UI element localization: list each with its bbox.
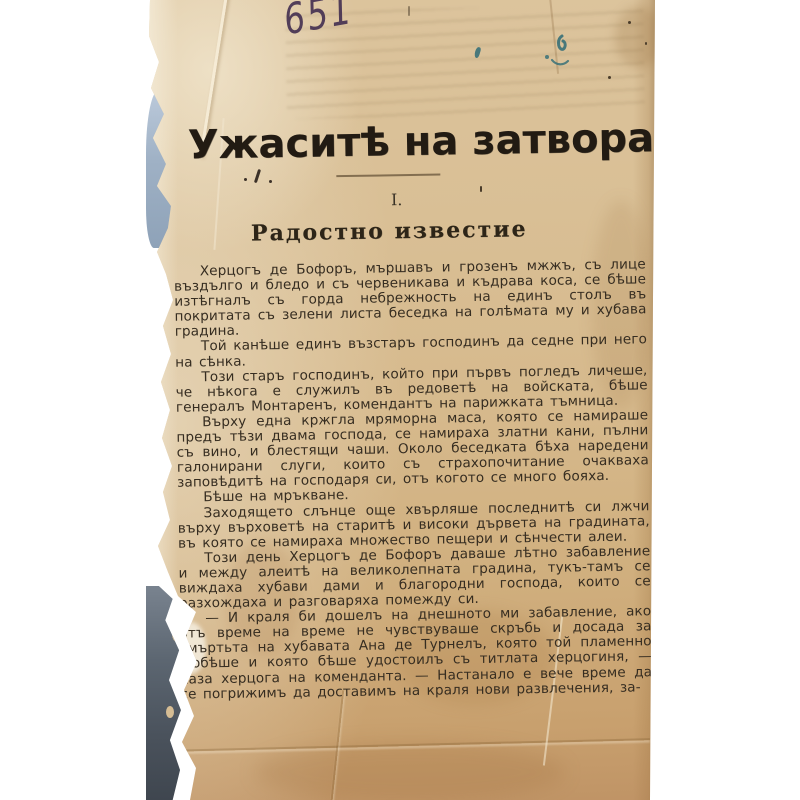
book-binding-edge <box>146 586 192 800</box>
blue-ink-squiggle <box>538 30 582 76</box>
binding-paper-fleck <box>166 706 174 718</box>
ink-speck <box>608 76 611 79</box>
chapter-numeral: I. <box>173 186 645 212</box>
body-paragraph: Този день Херцогъ де Бофоръ даваше лѣтно… <box>178 544 651 612</box>
smudge-dot <box>269 180 272 183</box>
smudge-stroke <box>254 169 261 183</box>
chapter-title: Радостно известие <box>173 214 645 247</box>
paper-stain <box>615 6 663 68</box>
ink-speck <box>628 21 631 24</box>
body-paragraph: Върху една кржгла мряморна маса, която с… <box>176 408 649 491</box>
ink-speck <box>645 42 647 45</box>
binding-paper-fleck <box>172 626 182 642</box>
pencil-tick <box>408 6 410 16</box>
printed-content: Ужаситѣ на затвора I. Радостно известие … <box>171 116 652 702</box>
smudge-dot <box>244 178 247 181</box>
pen-smudge <box>244 168 284 190</box>
book-page: Ужаситѣ на затвора I. Радостно известие … <box>0 0 800 800</box>
body-paragraph: — И краля би дошелъ на днешното ми забав… <box>179 604 652 702</box>
body-paragraph: Херцогъ де Бофоръ, мършавъ и грозенъ мжж… <box>174 257 647 340</box>
paper-stain <box>255 742 565 800</box>
title-divider <box>336 174 440 178</box>
body-text: Херцогъ де Бофоръ, мършавъ и грозенъ мжж… <box>174 257 653 702</box>
book-page-photo: Ужаситѣ на затвора I. Радостно известие … <box>0 0 800 800</box>
page-title: Ужаситѣ на затвора <box>187 116 644 167</box>
